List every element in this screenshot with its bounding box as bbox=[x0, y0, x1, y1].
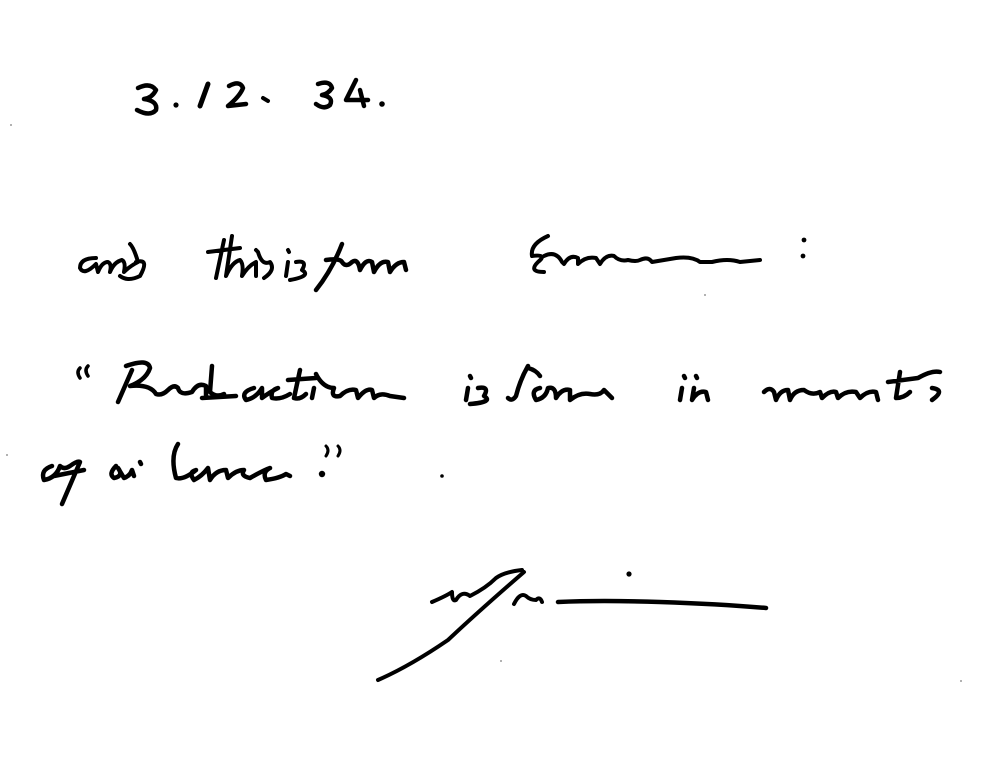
quote-line-2: of silence.” bbox=[42, 440, 362, 496]
quote-line-1: “Real action is done in moments bbox=[66, 352, 990, 410]
scan-speck bbox=[500, 660, 502, 662]
scan-speck bbox=[6, 454, 8, 456]
intro-line: and this is from Emerson: bbox=[78, 228, 782, 284]
scan-speck bbox=[960, 680, 962, 682]
scan-speck bbox=[704, 294, 706, 296]
handwritten-note-page: 3. 12. 34. and this is from Emerson: “Re… bbox=[0, 0, 990, 767]
signature-text: M. Gandhi (signature) bbox=[380, 576, 897, 630]
scan-speck bbox=[10, 124, 12, 126]
note-date: 3. 12. 34. bbox=[132, 72, 453, 116]
